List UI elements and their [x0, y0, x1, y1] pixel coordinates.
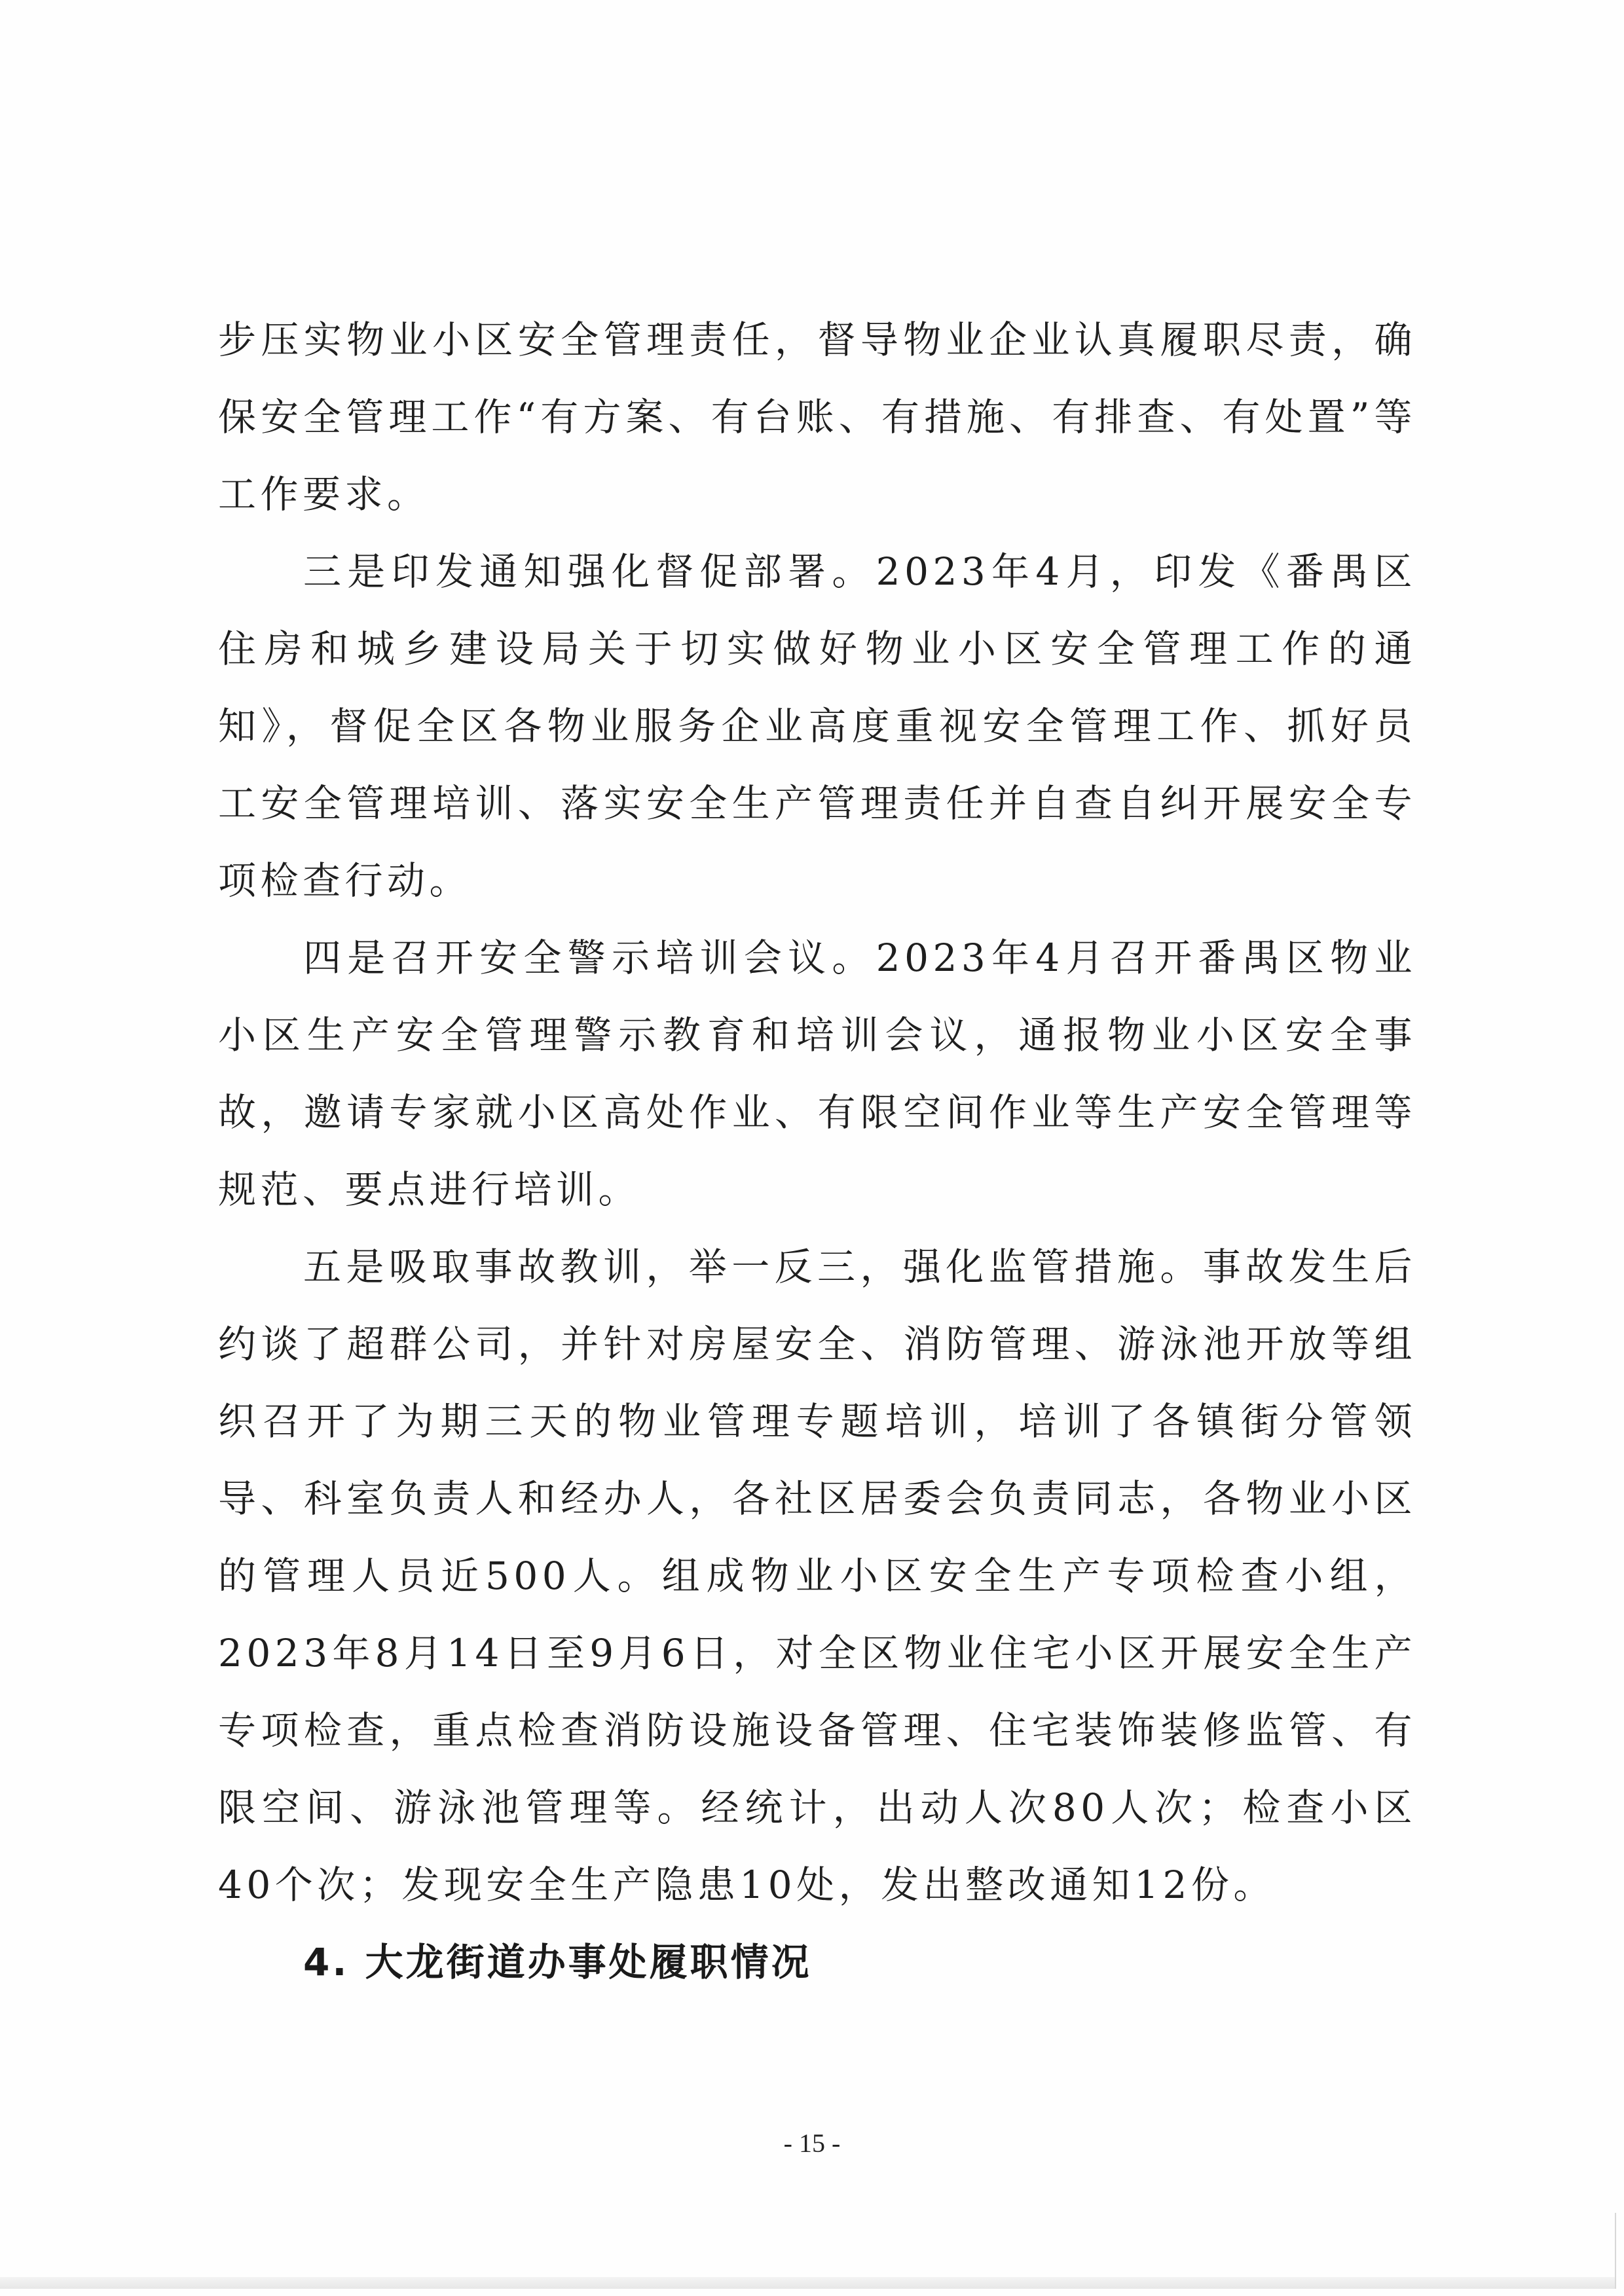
paragraph-continued-safety-responsibility: 步压实物业小区安全管理责任，督导物业企业认真履职尽责，确保安全管理工作“有方案、… [218, 301, 1416, 533]
scan-edge-strip [0, 2277, 1616, 2289]
section-heading: 4. 大龙街道办事处履职情况 [218, 1923, 1416, 2001]
scan-edge-line [1615, 2213, 1616, 2289]
page-number: - 15 - [0, 2128, 1624, 2159]
paragraph-safety-warning-training: 四是召开安全警示培训会议。2023年4月召开番禺区物业小区生产安全管理警示教育和… [218, 919, 1416, 1228]
document-body: 步压实物业小区安全管理责任，督导物业企业认真履职尽责，确保安全管理工作“有方案、… [218, 301, 1416, 2001]
document-page: 步压实物业小区安全管理责任，督导物业企业认真履职尽责，确保安全管理工作“有方案、… [0, 0, 1624, 2296]
paragraph-lessons-supervision: 五是吸取事故教训，举一反三，强化监管措施。事故发生后约谈了超群公司，并针对房屋安… [218, 1228, 1416, 1923]
paragraph-issue-notice: 三是印发通知强化督促部署。2023年4月，印发《番禺区住房和城乡建设局关于切实做… [218, 533, 1416, 919]
